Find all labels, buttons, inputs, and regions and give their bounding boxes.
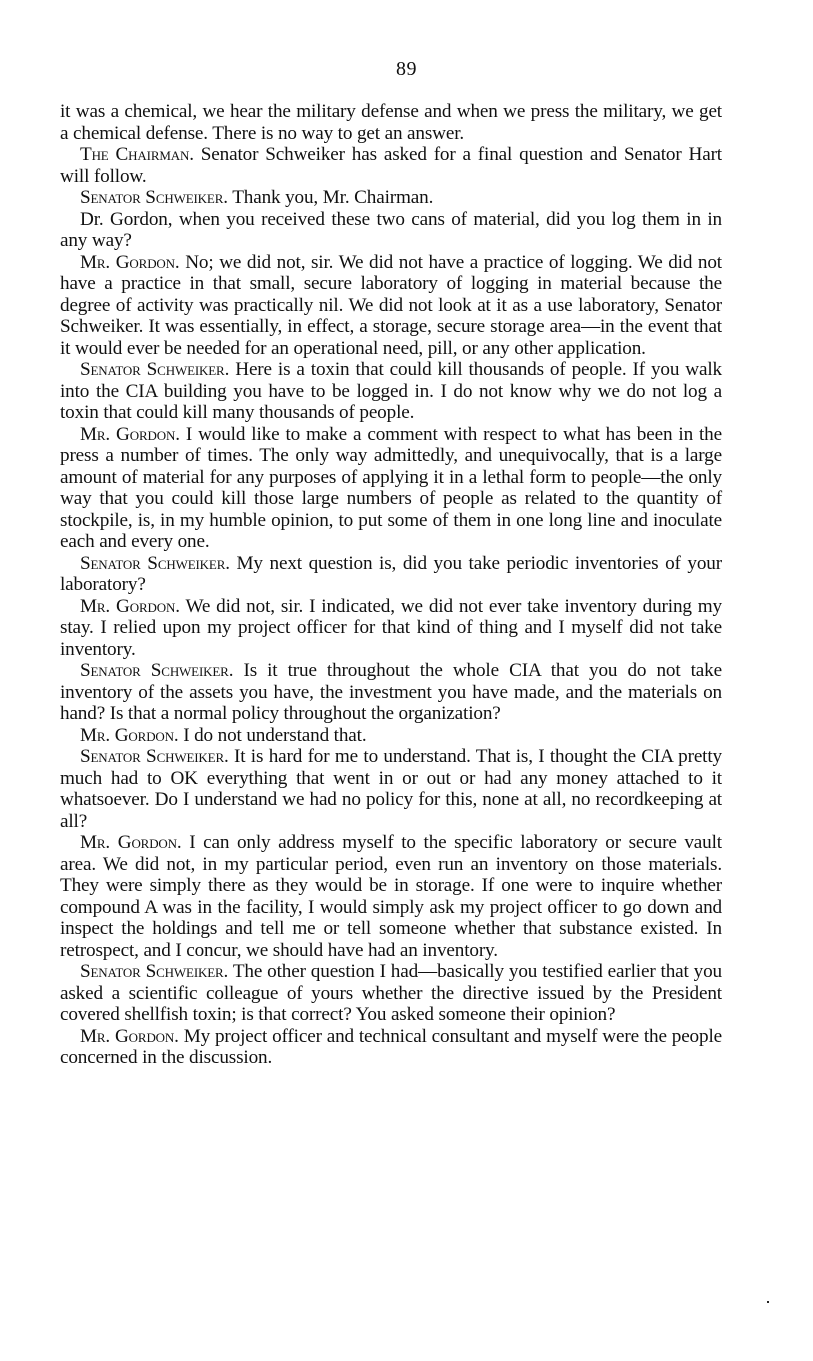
paragraph-text: I do not understand that. <box>179 725 367 746</box>
paragraph-chairman: The Chairman. Senator Schweiker has aske… <box>60 144 722 187</box>
document-body: it was a chemical, we hear the military … <box>60 101 722 1069</box>
paragraph-gordon: Mr. Gordon. I would like to make a comme… <box>60 424 722 553</box>
speaker-name: Senator Schweiker. <box>80 187 228 208</box>
paragraph-schweiker: Senator Schweiker. My next question is, … <box>60 553 722 596</box>
speaker-name: Mr. Gordon. <box>80 832 182 853</box>
paragraph-schweiker: Senator Schweiker. Here is a toxin that … <box>60 359 722 424</box>
paragraph-gordon: Mr. Gordon. I do not understand that. <box>60 725 722 747</box>
speaker-name: Senator Schweiker. <box>80 660 233 681</box>
speaker-name: Mr. Gordon. <box>80 1026 179 1047</box>
speaker-name: Mr. Gordon. <box>80 725 179 746</box>
speaker-name: Mr. Gordon. <box>80 424 180 445</box>
paragraph-text: Dr. Gordon, when you received these two … <box>60 209 722 252</box>
paragraph-continuation: it was a chemical, we hear the military … <box>60 101 722 144</box>
paragraph-gordon: Mr. Gordon. I can only address myself to… <box>60 832 722 961</box>
speaker-name: Senator Schweiker. <box>80 961 228 982</box>
speaker-name: Mr. Gordon. <box>80 596 180 617</box>
scan-artifact-dot <box>767 1301 769 1303</box>
speaker-name: Senator Schweiker. <box>80 746 229 767</box>
paragraph-gordon: Mr. Gordon. We did not, sir. I indicated… <box>60 596 722 661</box>
speaker-name: Senator Schweiker. <box>80 359 229 380</box>
speaker-name: Mr. Gordon. <box>80 252 180 273</box>
speaker-name: Senator Schweiker. <box>80 553 230 574</box>
paragraph-text: Thank you, Mr. Chairman. <box>228 187 433 208</box>
speaker-name: The Chairman. <box>80 144 194 165</box>
paragraph-gordon: Mr. Gordon. My project officer and techn… <box>60 1026 722 1069</box>
paragraph-schweiker: Senator Schweiker. It is hard for me to … <box>60 746 722 832</box>
paragraph-schweiker-question: Dr. Gordon, when you received these two … <box>60 209 722 252</box>
paragraph-gordon: Mr. Gordon. No; we did not, sir. We did … <box>60 252 722 360</box>
paragraph-schweiker: Senator Schweiker. Thank you, Mr. Chairm… <box>60 187 722 209</box>
paragraph-schweiker: Senator Schweiker. Is it true throughout… <box>60 660 722 725</box>
page-number: 89 <box>0 58 813 81</box>
paragraph-text: it was a chemical, we hear the military … <box>60 101 722 144</box>
paragraph-schweiker: Senator Schweiker. The other question I … <box>60 961 722 1026</box>
